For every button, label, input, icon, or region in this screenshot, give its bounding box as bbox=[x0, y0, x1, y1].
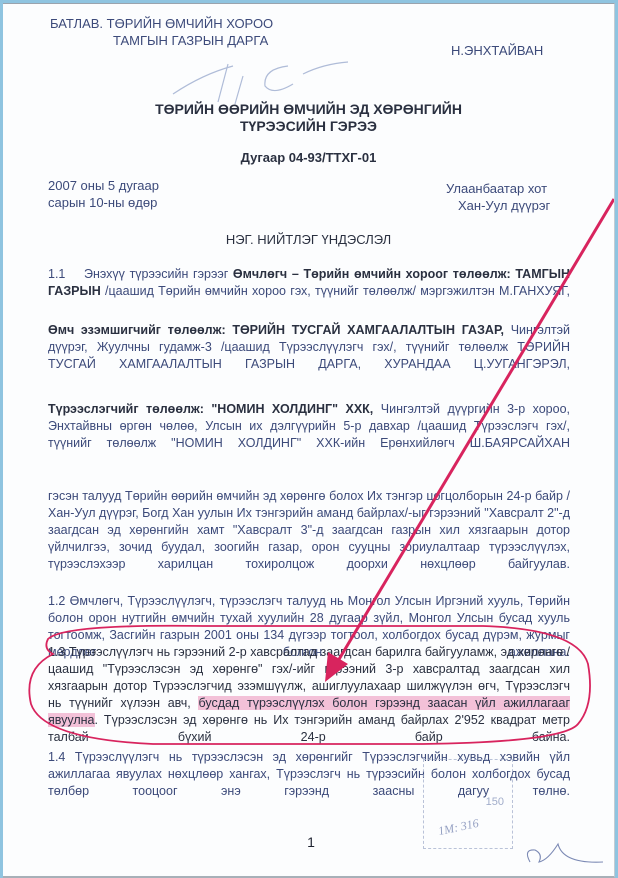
page-number: 1 bbox=[3, 834, 615, 851]
document-title-line-2: ТҮРЭЭСИЙН ГЭРЭЭ bbox=[3, 118, 614, 135]
contract-date-line-2: сарын 10-ны өдөр bbox=[48, 194, 157, 211]
approval-line-1: БАТЛАВ. ТӨРИЙН ӨМЧИЙН ХОРОО bbox=[50, 15, 273, 32]
approver-name: Н.ЭНХТАЙВАН bbox=[451, 42, 543, 59]
paragraph-1-1: 1.1 Энэхүү түрээсийн гэрээг Өмчлөгч – Тө… bbox=[48, 266, 570, 300]
paragraph-bold-text: Өмч эзэмшигчийг төлөөлж: ТӨРИЙН ТУСГАЙ Х… bbox=[48, 323, 504, 337]
paragraph-lessee: Түрээслэгчийг төлөөлж: "НОМИН ХОЛДИНГ" Х… bbox=[48, 401, 570, 452]
stamp-number: 150 bbox=[486, 796, 504, 808]
contract-number: Дугаар 04-93/ТТХГ-01 bbox=[3, 149, 614, 166]
section-title: НЭГ. НИЙТЛЭГ ҮНДЭСЛЭЛ bbox=[3, 231, 614, 248]
paragraph-text: Энэхүү түрээсийн гэрээг bbox=[84, 267, 233, 281]
paragraph-owner: Өмч эзэмшигчийг төлөөлж: ТӨРИЙН ТУСГАЙ Х… bbox=[48, 322, 570, 373]
contract-place-line-2: Хан-Уул дүүрэг bbox=[458, 197, 550, 214]
paragraph-intro: гэсэн талууд Төрийн өөрийн өмчийн эд хөр… bbox=[48, 488, 570, 573]
paragraph-bold-text: Түрээслэгчийг төлөөлж: "НОМИН ХОЛДИНГ" Х… bbox=[48, 402, 373, 416]
paragraph-text: /цаашид Төрийн өмчийн хороо гэх, түүнийг… bbox=[101, 284, 570, 298]
document-page: БАТЛАВ. ТӨРИЙН ӨМЧИЙН ХОРОО ТАМГЫН ГАЗРЫ… bbox=[3, 3, 615, 878]
contract-date-line-1: 2007 оны 5 дугаар bbox=[48, 177, 159, 194]
contract-place-line-1: Улаанбаатар хот bbox=[446, 180, 547, 197]
paragraph-1-3: 1.3 Түрээслүүлэгч нь гэрээний 2-р хавсра… bbox=[48, 644, 570, 746]
approval-line-2: ТАМГЫН ГАЗРЫН ДАРГА bbox=[113, 32, 268, 49]
document-title-line-1: ТӨРИЙН ӨӨРИЙН ӨМЧИЙН ЭД ХӨРӨНГИЙН bbox=[3, 101, 614, 118]
paragraph-text: . Түрээслэсэн эд хөрөнгө нь Их тэнгэрийн… bbox=[48, 713, 570, 744]
paragraph-number: 1.1 bbox=[48, 267, 65, 281]
